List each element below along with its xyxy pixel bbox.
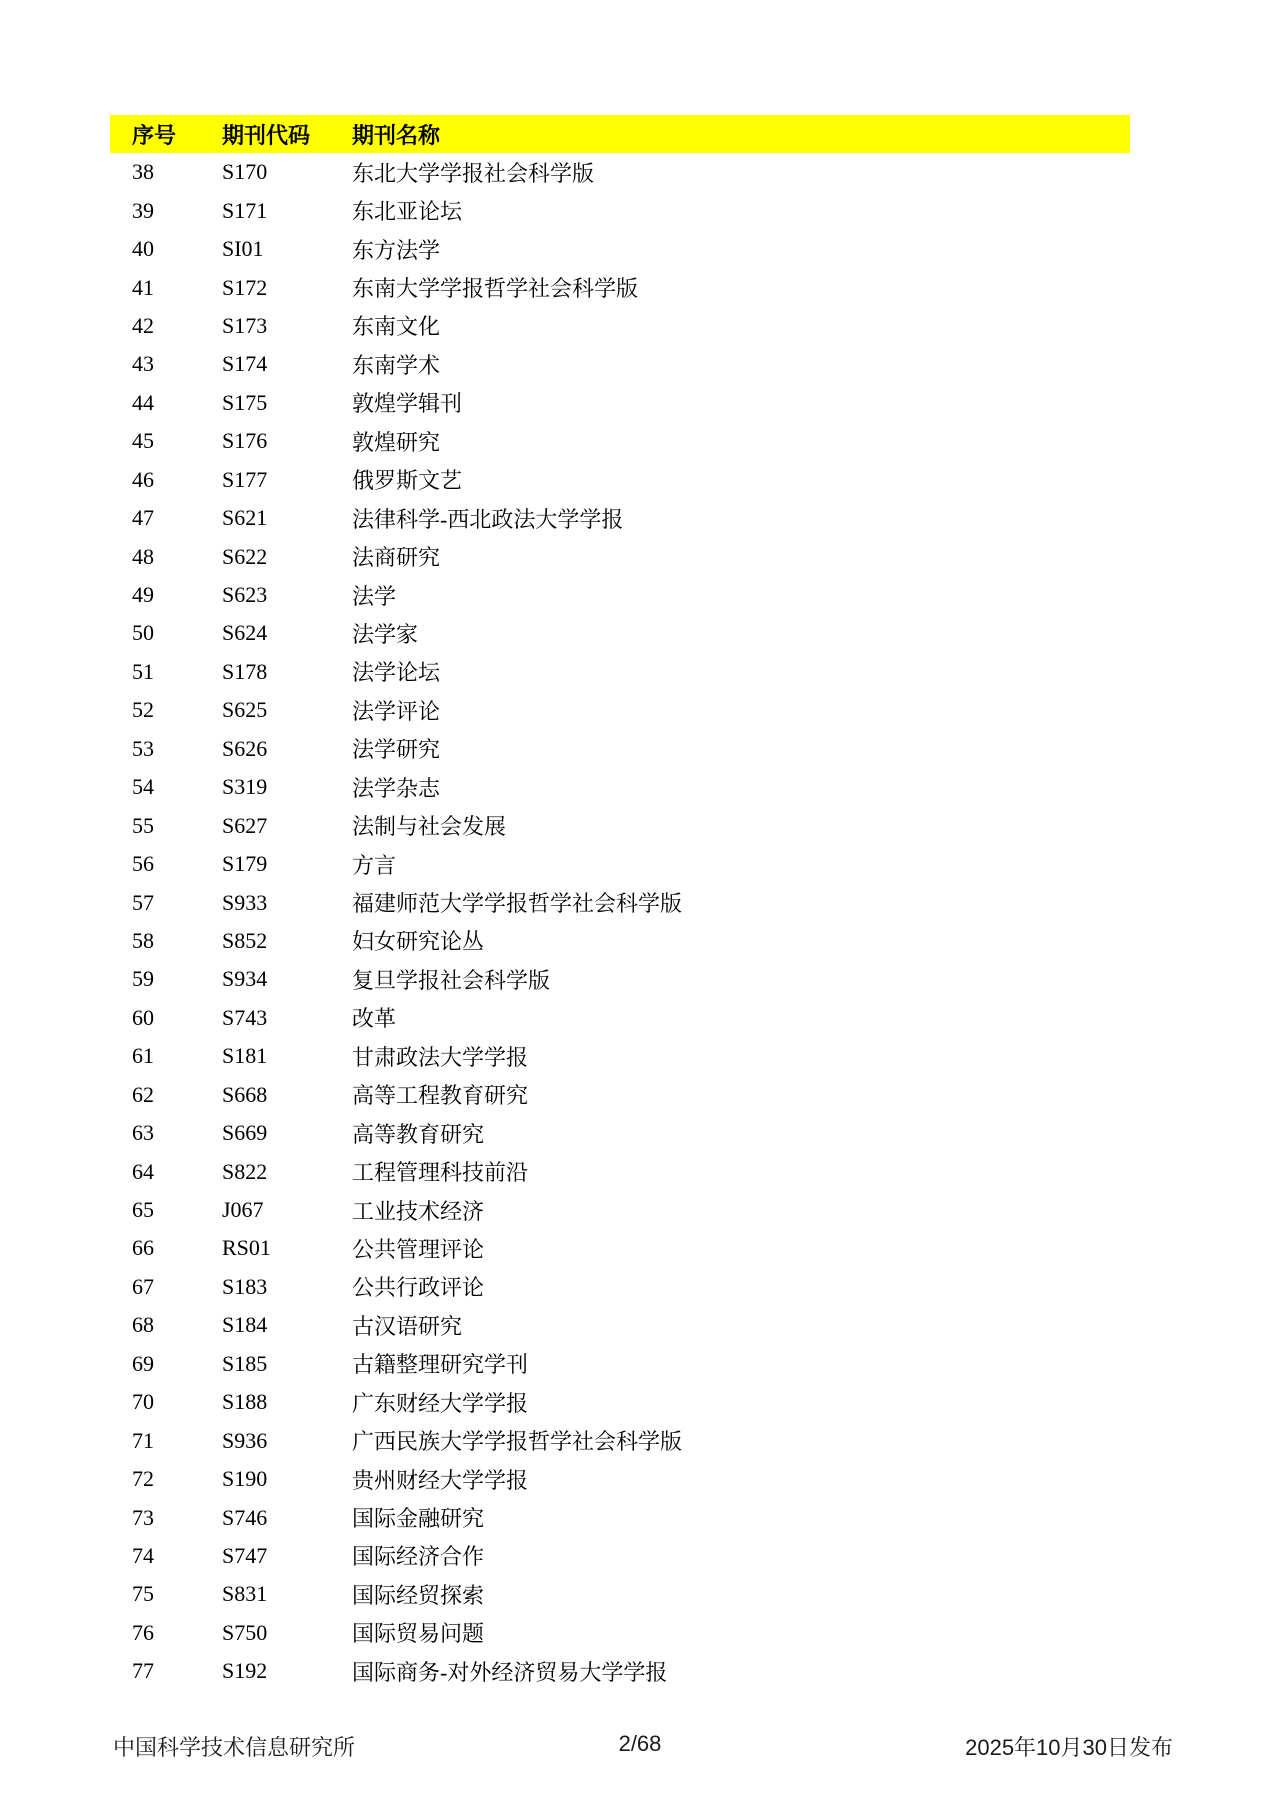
row-journal-name: 公共行政评论 [352, 1271, 1130, 1302]
row-journal-name: 法学杂志 [352, 772, 1130, 803]
row-serial-number: 57 [110, 890, 222, 916]
row-serial-number: 65 [110, 1197, 222, 1223]
row-journal-code: S626 [222, 736, 352, 762]
row-journal-code: S188 [222, 1389, 352, 1415]
table-row: 52 S625 法学评论 [110, 691, 1130, 729]
table-row: 59 S934 复旦学报社会科学版 [110, 960, 1130, 998]
table-row: 68 S184 古汉语研究 [110, 1306, 1130, 1344]
row-journal-name: 改革 [352, 1002, 1130, 1033]
table-row: 48 S622 法商研究 [110, 537, 1130, 575]
row-journal-name: 法学论坛 [352, 656, 1130, 687]
row-journal-code: S190 [222, 1466, 352, 1492]
table-row: 64 S822 工程管理科技前沿 [110, 1152, 1130, 1190]
row-journal-code: S185 [222, 1351, 352, 1377]
table-row: 40 SI01 东方法学 [110, 230, 1130, 268]
row-journal-code: S179 [222, 851, 352, 877]
row-journal-name: 公共管理评论 [352, 1233, 1130, 1264]
row-journal-name: 古籍整理研究学刊 [352, 1348, 1130, 1379]
row-serial-number: 54 [110, 774, 222, 800]
row-journal-code: S627 [222, 813, 352, 839]
table-row: 57 S933 福建师范大学学报哲学社会科学版 [110, 883, 1130, 921]
row-journal-code: S934 [222, 966, 352, 992]
table-row: 74 S747 国际经济合作 [110, 1537, 1130, 1575]
footer-organization: 中国科学技术信息研究所 [113, 1731, 355, 1762]
table-row: 50 S624 法学家 [110, 614, 1130, 652]
row-journal-name: 广东财经大学学报 [352, 1387, 1130, 1418]
row-serial-number: 59 [110, 966, 222, 992]
row-serial-number: 55 [110, 813, 222, 839]
row-serial-number: 56 [110, 851, 222, 877]
row-serial-number: 46 [110, 467, 222, 493]
row-journal-name: 东南文化 [352, 310, 1130, 341]
row-journal-name: 法学 [352, 580, 1130, 611]
row-journal-name: 法律科学-西北政法大学学报 [352, 503, 1130, 534]
row-serial-number: 48 [110, 544, 222, 570]
row-serial-number: 58 [110, 928, 222, 954]
row-serial-number: 61 [110, 1043, 222, 1069]
row-journal-code: S181 [222, 1043, 352, 1069]
table-row: 47 S621 法律科学-西北政法大学学报 [110, 499, 1130, 537]
row-journal-code: S171 [222, 198, 352, 224]
row-journal-code: S177 [222, 467, 352, 493]
row-journal-code: S936 [222, 1428, 352, 1454]
table-row: 39 S171 东北亚论坛 [110, 191, 1130, 229]
table-row: 77 S192 国际商务-对外经济贸易大学学报 [110, 1652, 1130, 1690]
row-serial-number: 77 [110, 1658, 222, 1684]
row-journal-name: 妇女研究论丛 [352, 925, 1130, 956]
row-serial-number: 38 [110, 159, 222, 185]
row-journal-name: 法制与社会发展 [352, 810, 1130, 841]
row-serial-number: 69 [110, 1351, 222, 1377]
journal-table: 序号 期刊代码 期刊名称 38 S170 东北大学学报社会科学版 39 S171… [110, 115, 1130, 1691]
footer-page-number: 2/68 [619, 1731, 662, 1757]
row-serial-number: 72 [110, 1466, 222, 1492]
row-journal-code: J067 [222, 1197, 352, 1223]
table-row: 76 S750 国际贸易问题 [110, 1614, 1130, 1652]
row-serial-number: 68 [110, 1312, 222, 1338]
row-journal-name: 方言 [352, 849, 1130, 880]
column-header-name: 期刊名称 [352, 119, 1130, 150]
table-header-row: 序号 期刊代码 期刊名称 [110, 115, 1130, 153]
row-serial-number: 44 [110, 390, 222, 416]
row-journal-code: S822 [222, 1159, 352, 1185]
row-journal-code: S625 [222, 697, 352, 723]
page-footer: 中国科学技术信息研究所 2/68 2025年10月30日发布 [0, 1731, 1280, 1759]
row-journal-code: S621 [222, 505, 352, 531]
row-serial-number: 64 [110, 1159, 222, 1185]
row-journal-code: S746 [222, 1505, 352, 1531]
table-row: 51 S178 法学论坛 [110, 653, 1130, 691]
row-journal-name: 国际商务-对外经济贸易大学学报 [352, 1656, 1130, 1687]
row-journal-code: S668 [222, 1082, 352, 1108]
row-journal-name: 敦煌学辑刊 [352, 387, 1130, 418]
table-row: 72 S190 贵州财经大学学报 [110, 1460, 1130, 1498]
row-journal-name: 工业技术经济 [352, 1195, 1130, 1226]
row-journal-name: 工程管理科技前沿 [352, 1156, 1130, 1187]
table-row: 67 S183 公共行政评论 [110, 1268, 1130, 1306]
table-row: 71 S936 广西民族大学学报哲学社会科学版 [110, 1421, 1130, 1459]
row-journal-name: 东南大学学报哲学社会科学版 [352, 272, 1130, 303]
row-journal-code: S750 [222, 1620, 352, 1646]
footer-publish-date: 2025年10月30日发布 [965, 1731, 1173, 1762]
row-journal-code: S174 [222, 351, 352, 377]
row-journal-name: 法学研究 [352, 733, 1130, 764]
row-journal-code: RS01 [222, 1235, 352, 1261]
row-journal-code: S743 [222, 1005, 352, 1031]
row-serial-number: 71 [110, 1428, 222, 1454]
row-serial-number: 62 [110, 1082, 222, 1108]
table-row: 73 S746 国际金融研究 [110, 1498, 1130, 1536]
row-journal-code: S831 [222, 1581, 352, 1607]
row-serial-number: 47 [110, 505, 222, 531]
row-serial-number: 42 [110, 313, 222, 339]
row-journal-name: 甘肃政法大学学报 [352, 1041, 1130, 1072]
table-row: 70 S188 广东财经大学学报 [110, 1383, 1130, 1421]
row-journal-code: S622 [222, 544, 352, 570]
column-header-code: 期刊代码 [222, 119, 352, 150]
row-journal-name: 国际经贸探索 [352, 1579, 1130, 1610]
column-header-serial: 序号 [110, 119, 222, 150]
row-serial-number: 52 [110, 697, 222, 723]
row-serial-number: 41 [110, 275, 222, 301]
row-journal-code: S623 [222, 582, 352, 608]
row-serial-number: 45 [110, 428, 222, 454]
table-row: 46 S177 俄罗斯文艺 [110, 461, 1130, 499]
table-row: 58 S852 妇女研究论丛 [110, 922, 1130, 960]
row-serial-number: 50 [110, 620, 222, 646]
row-journal-name: 法商研究 [352, 541, 1130, 572]
row-journal-code: S669 [222, 1120, 352, 1146]
row-journal-name: 广西民族大学学报哲学社会科学版 [352, 1425, 1130, 1456]
table-row: 60 S743 改革 [110, 999, 1130, 1037]
row-journal-code: S319 [222, 774, 352, 800]
row-journal-name: 贵州财经大学学报 [352, 1464, 1130, 1495]
row-journal-code: SI01 [222, 236, 352, 262]
table-row: 42 S173 东南文化 [110, 307, 1130, 345]
row-journal-name: 古汉语研究 [352, 1310, 1130, 1341]
row-serial-number: 53 [110, 736, 222, 762]
row-journal-code: S172 [222, 275, 352, 301]
row-journal-code: S852 [222, 928, 352, 954]
table-row: 65 J067 工业技术经济 [110, 1191, 1130, 1229]
row-serial-number: 60 [110, 1005, 222, 1031]
row-journal-name: 高等工程教育研究 [352, 1079, 1130, 1110]
table-row: 63 S669 高等教育研究 [110, 1114, 1130, 1152]
table-row: 53 S626 法学研究 [110, 730, 1130, 768]
row-journal-name: 国际金融研究 [352, 1502, 1130, 1533]
table-row: 49 S623 法学 [110, 576, 1130, 614]
row-journal-code: S175 [222, 390, 352, 416]
row-serial-number: 43 [110, 351, 222, 377]
row-journal-code: S184 [222, 1312, 352, 1338]
table-row: 45 S176 敦煌研究 [110, 422, 1130, 460]
table-row: 66 RS01 公共管理评论 [110, 1229, 1130, 1267]
table-body: 38 S170 东北大学学报社会科学版 39 S171 东北亚论坛 40 SI0… [110, 153, 1130, 1691]
row-journal-code: S170 [222, 159, 352, 185]
row-journal-name: 敦煌研究 [352, 426, 1130, 457]
row-serial-number: 75 [110, 1581, 222, 1607]
document-page: 序号 期刊代码 期刊名称 38 S170 东北大学学报社会科学版 39 S171… [0, 0, 1280, 1810]
table-row: 62 S668 高等工程教育研究 [110, 1076, 1130, 1114]
row-journal-code: S624 [222, 620, 352, 646]
row-journal-code: S933 [222, 890, 352, 916]
row-journal-name: 国际经济合作 [352, 1540, 1130, 1571]
row-journal-name: 东南学术 [352, 349, 1130, 380]
row-journal-name: 东北亚论坛 [352, 195, 1130, 226]
table-row: 54 S319 法学杂志 [110, 768, 1130, 806]
row-journal-name: 高等教育研究 [352, 1118, 1130, 1149]
row-serial-number: 40 [110, 236, 222, 262]
table-row: 44 S175 敦煌学辑刊 [110, 384, 1130, 422]
row-journal-code: S173 [222, 313, 352, 339]
row-journal-code: S747 [222, 1543, 352, 1569]
table-row: 61 S181 甘肃政法大学学报 [110, 1037, 1130, 1075]
row-serial-number: 74 [110, 1543, 222, 1569]
table-row: 69 S185 古籍整理研究学刊 [110, 1345, 1130, 1383]
row-serial-number: 49 [110, 582, 222, 608]
row-journal-name: 复旦学报社会科学版 [352, 964, 1130, 995]
row-journal-name: 俄罗斯文艺 [352, 464, 1130, 495]
row-journal-name: 法学家 [352, 618, 1130, 649]
row-serial-number: 67 [110, 1274, 222, 1300]
row-journal-code: S192 [222, 1658, 352, 1684]
table-row: 43 S174 东南学术 [110, 345, 1130, 383]
table-row: 55 S627 法制与社会发展 [110, 806, 1130, 844]
row-serial-number: 66 [110, 1235, 222, 1261]
row-journal-code: S183 [222, 1274, 352, 1300]
row-serial-number: 76 [110, 1620, 222, 1646]
table-row: 75 S831 国际经贸探索 [110, 1575, 1130, 1613]
row-journal-code: S176 [222, 428, 352, 454]
row-serial-number: 51 [110, 659, 222, 685]
table-row: 38 S170 东北大学学报社会科学版 [110, 153, 1130, 191]
row-journal-name: 国际贸易问题 [352, 1617, 1130, 1648]
row-serial-number: 63 [110, 1120, 222, 1146]
row-serial-number: 73 [110, 1505, 222, 1531]
row-serial-number: 39 [110, 198, 222, 224]
row-journal-name: 东方法学 [352, 234, 1130, 265]
row-journal-name: 东北大学学报社会科学版 [352, 157, 1130, 188]
table-row: 41 S172 东南大学学报哲学社会科学版 [110, 268, 1130, 306]
row-journal-code: S178 [222, 659, 352, 685]
row-journal-name: 福建师范大学学报哲学社会科学版 [352, 887, 1130, 918]
table-row: 56 S179 方言 [110, 845, 1130, 883]
row-journal-name: 法学评论 [352, 695, 1130, 726]
row-serial-number: 70 [110, 1389, 222, 1415]
